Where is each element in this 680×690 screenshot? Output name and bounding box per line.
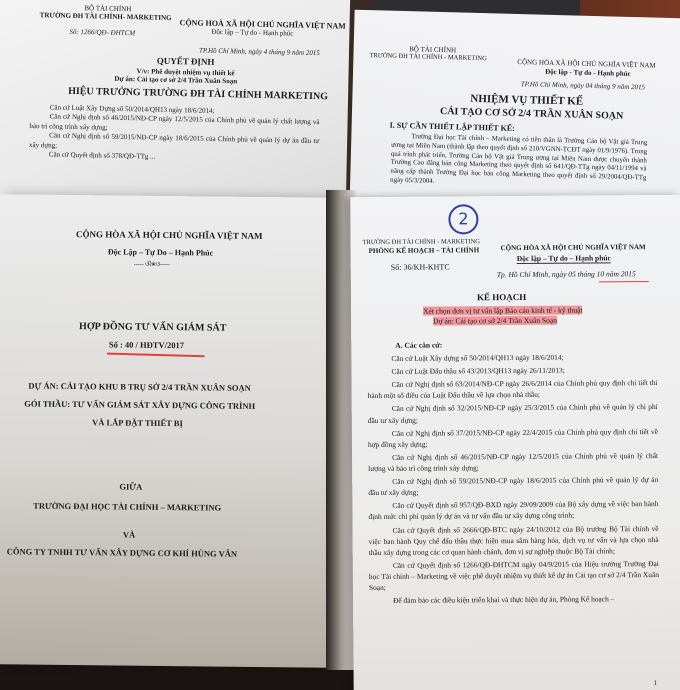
design-title: NHIỆM VỤ THIẾT KẾ xyxy=(470,93,583,108)
plan-basis-item: Căn cứ Quyết định số 2666/QĐ-BTC ngày 24… xyxy=(369,523,659,558)
decision-school: TRƯỜNG ĐH TÀI CHÍNH- MARKETING xyxy=(40,11,172,22)
plan-basis-item: Căn cứ Nghị định số 32/2015/NĐ-CP ngày 2… xyxy=(368,401,658,425)
plan-section-a: A. Các căn cứ: xyxy=(395,341,442,350)
contract-and: VÀ xyxy=(123,530,135,540)
plan-basis-item: Căn cứ Quyết định số 957/QĐ-BXD ngày 29/… xyxy=(368,498,658,522)
plan-basis-item: Căn cứ Nghị định số 59/2015/NĐ-CP ngày 1… xyxy=(368,474,658,498)
plan-basis-item: Căn cứ Quyết định số 1266/QĐ-ĐHTCM ngày … xyxy=(369,558,659,593)
handwritten-number-circle: 2 xyxy=(448,204,478,234)
plan-number: Số: 36/KH-KHTC xyxy=(391,262,450,271)
plan-basis-item: Căn cứ Nghị định số 46/2015/NĐ-CP ngày 1… xyxy=(368,450,658,474)
decision-number: Số: 1266/QĐ- ĐHTCM xyxy=(69,28,135,37)
plan-motto: Độc lập – Tự do – Hạnh phúc xyxy=(517,253,611,264)
plan-basis-item: Căn cứ Nghị định số 37/2015/NĐ-CP ngày 2… xyxy=(368,426,658,450)
contract-ornament: ----- ଔ❀ଓ----- xyxy=(134,262,170,269)
decision-motto: Độc lập – Tự do - Hạnh phúc xyxy=(211,28,293,38)
plan-nation: CỘNG HÒA XÃ HỘI CHỦ NGHĨA VIỆT NAM xyxy=(501,243,646,252)
decision-authority: HIỆU TRƯỞNG TRƯỜNG ĐH TÀI CHÍNH MARKETIN… xyxy=(68,86,328,102)
design-body: Trường Đại học Tài chính – Marketing có … xyxy=(390,133,647,193)
decision-date: TP.Hồ Chí Minh, ngày 4 tháng 9 năm 2015 xyxy=(199,47,320,58)
plan-title: KẾ HOẠCH xyxy=(477,292,526,302)
contract-package-line1: GÓI THẦU: TƯ VẤN GIÁM SÁT XÂY DỰNG CÔNG … xyxy=(24,399,255,411)
decision-title: QUYẾT ĐỊNH xyxy=(157,56,215,67)
plan-page-number: 1 xyxy=(654,679,658,687)
plan-department: PHÒNG KẾ HOẠCH – TÀI CHÍNH xyxy=(369,246,480,255)
contract-between: GIỮA xyxy=(119,482,142,492)
plan-basis-item: Căn cứ Luật Xây dựng số 50/2014/QH13 ngà… xyxy=(367,351,657,364)
red-underline xyxy=(107,353,205,358)
decision-basis-list: Căn cứ Luật Xây Dựng số 50/2014/QH13 ngà… xyxy=(29,103,320,166)
plan-basis-item: Căn cứ Nghị định số 63/2014/NĐ-CP ngày 2… xyxy=(368,377,658,401)
design-task-document: BỘ TÀI CHÍNH TRƯỜNG ĐH TÀI CHÍNH - MARKE… xyxy=(349,10,680,219)
design-motto: Độc lập - Tự do - Hạnh phúc xyxy=(545,68,631,78)
red-pen-underline xyxy=(599,281,649,282)
highlighted-text: Xét chọn đơn vị tư vấn lập Báo cáo kinh … xyxy=(423,306,583,316)
contract-project: DỰ ÁN: CẢI TẠO KHU B TRỤ SỞ 2/4 TRẦN XUÂ… xyxy=(28,381,250,393)
highlighted-text: Dự án: Cải tạo cơ sở 2/4 Trần Xuân Soạn xyxy=(433,316,557,326)
design-section-1: I. SỰ CẦN THIẾT LẬP THIẾT KẾ: xyxy=(390,121,515,133)
design-subtitle: CẢI TẠO CƠ SỞ 2/4 TRẦN XUÂN SOẠN xyxy=(440,106,624,122)
plan-document: 2 TRƯỜNG ĐH TÀI CHÍNH - MARKETING PHÒNG … xyxy=(350,195,680,690)
contract-number: Số : 40 / HĐTV/2017 xyxy=(109,339,184,350)
plan-subject-line2: Dự án: Cải tạo cơ sở 2/4 Trần Xuân Soạn xyxy=(433,316,557,326)
plan-basis-item: Căn cứ Luật Đấu thầu số 43/2013/QH13 ngà… xyxy=(367,364,657,377)
plan-school: TRƯỜNG ĐH TÀI CHÍNH - MARKETING xyxy=(363,238,480,246)
plan-date: Tp. Hồ Chí Minh, ngày 05 tháng 10 năm 20… xyxy=(497,269,636,279)
contract-party-b: CÔNG TY TNHH TƯ VẤN XÂY DỰNG CƠ KHÍ HÙNG… xyxy=(7,546,237,558)
contract-document: CỘNG HÒA XÃ HỘI CHỦ NGHĨA VIỆT NAM Độc L… xyxy=(0,194,336,668)
decision-project: Dự án: Cải tạo cơ sở 2/4 Trần Xuân Soạn xyxy=(114,75,237,86)
plan-basis-list: Căn cứ Luật Xây dựng số 50/2014/QH13 ngà… xyxy=(367,351,659,606)
contract-party-a: TRƯỜNG ĐẠI HỌC TÀI CHÍNH – MARKETING xyxy=(33,501,221,513)
design-date: TP.Hồ Chí Minh, ngày 04 tháng 9 năm 2015 xyxy=(521,80,645,91)
contract-package-line2: VÀ LẮP ĐẶT THIẾT BỊ xyxy=(92,417,183,428)
contract-nation: CỘNG HÒA XÃ HỘI CHỦ NGHĨA VIỆT NAM xyxy=(76,229,263,241)
contract-motto: Độc Lập – Tự Do – Hạnh Phúc xyxy=(108,247,213,257)
decision-document: BỘ TÀI CHÍNH TRƯỜNG ĐH TÀI CHÍNH- MARKET… xyxy=(0,0,350,208)
plan-closing: Để đảm bảo các điều kiện triển khai và t… xyxy=(369,593,659,606)
plan-subject-line1: Xét chọn đơn vị tư vấn lập Báo cáo kinh … xyxy=(423,306,583,316)
contract-title: HỢP ĐỒNG TƯ VẤN GIÁM SÁT xyxy=(79,321,226,334)
